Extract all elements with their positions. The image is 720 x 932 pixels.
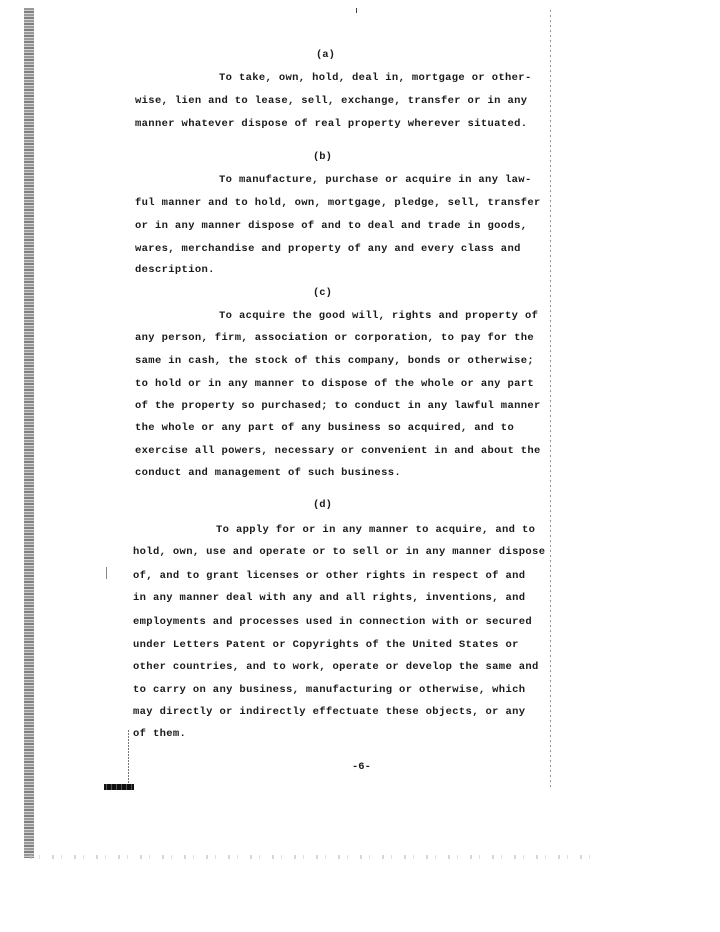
section-d-line-2: hold, own, use and operate or to sell or… — [133, 545, 545, 559]
section-d-line-7: other countries, and to work, operate or… — [133, 660, 539, 674]
section-c-label: (c) — [313, 286, 332, 300]
section-d-label: (d) — [313, 498, 332, 512]
section-a-line-3: manner whatever dispose of real property… — [135, 117, 527, 131]
scan-left-edge — [24, 8, 34, 858]
section-b-line-2: ful manner and to hold, own, mortgage, p… — [135, 196, 541, 210]
section-d-line-1: To apply for or in any manner to acquire… — [216, 523, 535, 537]
section-d-line-6: under Letters Patent or Copyrights of th… — [133, 638, 519, 652]
section-d-line-8: to carry on any business, manufacturing … — [133, 683, 525, 697]
page-number: -6- — [352, 760, 371, 774]
section-c-line-2: any person, firm, association or corpora… — [135, 331, 534, 345]
section-d-line-5: employments and processes used in connec… — [133, 615, 532, 629]
section-c-line-1: To acquire the good will, rights and pro… — [219, 309, 538, 323]
side-mark — [106, 567, 107, 579]
section-b-line-4: wares, merchandise and property of any a… — [135, 242, 521, 256]
section-a-line-2: wise, lien and to lease, sell, exchange,… — [135, 94, 527, 108]
section-c-line-6: the whole or any part of any business so… — [135, 421, 514, 435]
section-d-line-9: may directly or indirectly effectuate th… — [133, 705, 525, 719]
right-margin-rule — [550, 10, 551, 790]
section-d-line-4: in any manner deal with any and all righ… — [133, 591, 525, 605]
handwritten-mark — [104, 784, 134, 790]
section-c-line-5: of the property so purchased; to conduct… — [135, 399, 541, 413]
section-b-line-3: or in any manner dispose of and to deal … — [135, 219, 527, 233]
section-b-line-1: To manufacture, purchase or acquire in a… — [219, 173, 532, 187]
section-d-line-3: of, and to grant licenses or other right… — [133, 569, 525, 583]
section-a-label: (a) — [316, 48, 335, 62]
section-b-label: (b) — [313, 150, 332, 164]
section-a-line-1: To take, own, hold, deal in, mortgage or… — [219, 71, 532, 85]
section-d-line-10: of them. — [133, 727, 186, 741]
section-c-line-3: same in cash, the stock of this company,… — [135, 354, 534, 368]
left-margin-mark — [128, 730, 129, 785]
scanned-page: (a) To take, own, hold, deal in, mortgag… — [0, 0, 720, 932]
section-c-line-7: exercise all powers, necessary or conven… — [135, 444, 541, 458]
section-c-line-4: to hold or in any manner to dispose of t… — [135, 377, 534, 391]
section-c-line-8: conduct and management of such business. — [135, 466, 401, 480]
top-mark — [356, 8, 357, 13]
scan-bottom-edge — [30, 855, 600, 859]
section-b-line-5: description. — [135, 263, 215, 277]
